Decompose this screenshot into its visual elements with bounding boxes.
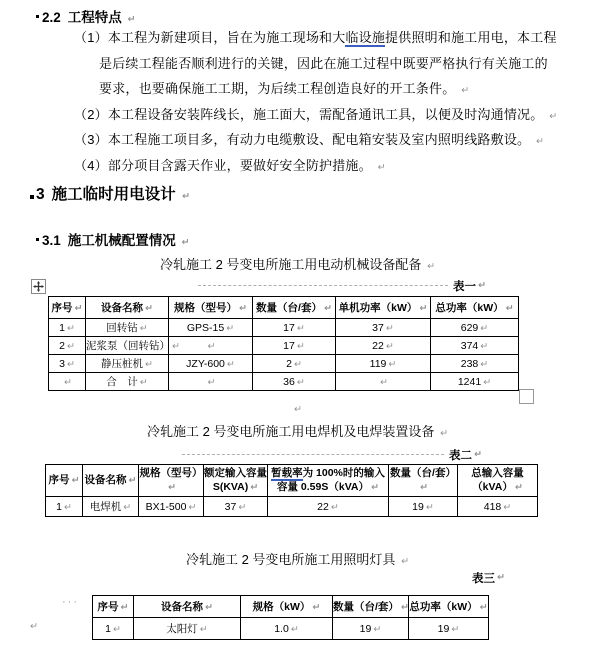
cell: 1↵: [49, 319, 86, 337]
paragraph-mark: ↵: [67, 359, 75, 370]
cell: 238↵: [431, 355, 519, 373]
cell-text: 泥浆泵（回转钻）: [86, 340, 170, 352]
header-cell: 序号↵: [93, 596, 134, 618]
stray-paragraph-mark: ↵: [28, 616, 38, 634]
paragraph-mark: ↵: [128, 14, 136, 25]
table-title-text: 冷轧施工 2 号变电所施工用电动机械设备配备: [160, 257, 421, 272]
paragraph-3: （3）本工程施工项目多，有动力电缆敷设、配电箱安装及室内照明线路敷设。 ↵: [74, 129, 544, 148]
spellcheck-underlined-text: 临设施: [345, 30, 385, 47]
cell: 418↵: [458, 497, 538, 517]
cell: 37↵: [204, 497, 268, 517]
paragraph-mark: ↵: [168, 482, 176, 493]
header-cell: 总功率（kW）↵: [409, 596, 489, 618]
heading-2-2: 2.2工程特点 ↵: [36, 6, 136, 26]
table-header-row: 序号↵ 设备名称↵ 规格（型号）↵ 数量（台/套）↵ 单机功率（kW）↵ 总功率…: [49, 297, 519, 319]
cell-text: 629: [461, 322, 479, 334]
header-cell: 总功率（kW）↵: [431, 297, 519, 319]
paragraph-mark: ↵: [536, 136, 544, 147]
paragraph-mark: ↵: [227, 359, 235, 370]
cell: BX1-500↵: [139, 497, 204, 517]
paragraph-mark: ↵: [426, 502, 434, 513]
cell-text: 17: [283, 340, 295, 352]
paragraph-mark: ↵: [451, 624, 459, 635]
cell: 119↵: [336, 355, 431, 373]
header-text: 数量（台/套）: [390, 467, 456, 479]
cell: 19↵: [333, 618, 409, 640]
header-text: 序号: [52, 302, 73, 314]
paragraph-mark: ↵: [480, 341, 488, 352]
paragraph-text: （4）部分项目含露天作业，要做好安全防护措施。: [74, 158, 372, 173]
paragraph-text: （1）本工程为新建项目，旨在为施工现场和大: [74, 30, 345, 45]
cell-text: 3: [59, 358, 65, 370]
style-marker-icon: [36, 238, 39, 241]
cell-text: 37: [225, 501, 237, 513]
header-cell: 序号↵: [46, 465, 83, 497]
paragraph-mark: ↵: [331, 502, 339, 513]
paragraph-mark: ↵: [145, 359, 153, 370]
header-text: 规格（kW）: [253, 601, 311, 613]
equipment-power-table: 序号↵ 设备名称↵ 规格（型号）↵ 数量（台/套）↵ 单机功率（kW）↵ 总功率…: [48, 296, 519, 391]
header-text: 序号: [49, 474, 70, 486]
paragraph-text: （2）本工程设备安装阵线长，施工面大，需配备通讯工具，以便及时沟通情况。: [74, 107, 543, 122]
paragraph-mark: ↵: [123, 502, 131, 513]
paragraph-mark: ↵: [515, 482, 523, 493]
dashed-leader-line: [182, 454, 444, 455]
heading-number: 3: [36, 186, 45, 203]
cell-text: 17: [283, 322, 295, 334]
cell: 太阳灯↵: [134, 618, 241, 640]
cell-text: 374: [461, 340, 479, 352]
anchor-box-icon: [519, 389, 534, 404]
header-cell: 数量（台/套）↵: [389, 465, 458, 497]
paragraph-mark: ↵: [401, 556, 409, 567]
cell-text: GPS-15: [187, 322, 224, 334]
paragraph-mark: ↵: [205, 602, 213, 613]
cell: GPS-15↵: [169, 319, 253, 337]
table-row: 3↵ 静压桩机↵ JZY-600↵ 2↵ 119↵ 238↵: [49, 355, 519, 373]
space-marks: ···: [62, 596, 79, 608]
paragraph-mark: ↵: [172, 341, 180, 352]
welding-equipment-table: 序号↵ 设备名称↵ 规格（型号）↵ 额定输入容量 S(KVA)↵ 暂载率为 10…: [45, 464, 538, 517]
paragraph-mark: ↵: [480, 602, 488, 613]
cell: 19↵: [389, 497, 458, 517]
cell-text: 太阳灯: [166, 623, 198, 635]
table-tag: 表二: [449, 447, 472, 463]
four-way-arrow-icon: [33, 281, 44, 292]
cell-text: 19: [412, 501, 424, 513]
document-page: { "marks": { "pilcrow": "↵", "dots": "··…: [0, 0, 589, 651]
cell-text: 418: [484, 501, 502, 513]
paragraph-mark: ↵: [312, 602, 320, 613]
table1-tag-line: 表一 ↵: [198, 279, 486, 292]
heading-number: 2.2: [42, 10, 61, 25]
cell-text: 1: [59, 322, 65, 334]
paragraph-mark: ↵: [208, 377, 216, 388]
header-text: 序号: [98, 601, 119, 613]
cell: 2↵: [49, 337, 86, 355]
cell: 1↵: [93, 618, 134, 640]
cell: 1↵: [46, 497, 83, 517]
paragraph-mark: ↵: [388, 359, 396, 370]
cell-text: 1.0: [274, 623, 289, 635]
cell: 36↵: [253, 373, 336, 391]
table-tag: 表三: [472, 570, 495, 586]
table3-title: 冷轧施工 2 号变电所施工用照明灯具 ↵: [30, 549, 565, 568]
header-text: 规格（型号）: [174, 302, 237, 314]
paragraph-4: （4）部分项目含露天作业，要做好安全防护措施。 ↵: [74, 155, 386, 174]
table-row: 1↵ 回转钻↵ GPS-15↵ 17↵ 37↵ 629↵: [49, 319, 519, 337]
header-text: 规格（型号）: [140, 467, 203, 479]
cell: 19↵: [409, 618, 489, 640]
header-cell: 规格（型号）↵: [169, 297, 253, 319]
paragraph-text: 要求，也要确保施工工期，为后续工程创造良好的开工条件。: [99, 81, 455, 96]
table-title-text: 冷轧施工 2 号变电所施工用电焊机及电焊装置设备: [147, 424, 434, 439]
paragraph-mark: ↵: [250, 482, 258, 493]
header-text: 总功率（kW）: [409, 601, 477, 613]
header-text: 总功率（kW）: [435, 302, 503, 314]
cell-text: 2: [59, 340, 65, 352]
cell: ↵: [169, 337, 253, 355]
paragraph-mark: ↵: [480, 323, 488, 334]
cell: ↵: [49, 373, 86, 391]
paragraph-mark: ↵: [72, 475, 80, 486]
cell: 17↵: [253, 337, 336, 355]
cell-text: JZY-600: [186, 358, 225, 370]
heading-3-1: 3.1施工机械配置情况 ↵: [36, 229, 190, 249]
paragraph-mark: ↵: [420, 482, 428, 493]
paragraph-mark: ↵: [478, 280, 486, 291]
cell-text: 119: [370, 358, 387, 370]
cell: 1.0↵: [241, 618, 333, 640]
paragraph-text: 提供照明和施工用电，本工程: [385, 30, 557, 45]
header-text: 数量（台/套）: [256, 302, 322, 314]
table3-tag-line: 表三 ↵: [472, 571, 505, 584]
paragraph-mark: ↵: [401, 602, 409, 613]
dashed-leader-line: [198, 285, 448, 286]
paragraph-text: 是后续工程能否顺利进行的关键，因此在施工过程中既要严格执行有关施工的: [99, 56, 548, 71]
paragraph-mark: ↵: [67, 323, 75, 334]
paragraph-mark: ↵: [294, 359, 302, 370]
paragraph-mark: ↵: [474, 449, 482, 460]
cell: 22↵: [268, 497, 389, 517]
table-row: 2↵ 泥浆泵（回转钻）↵ ↵ 17↵ 22↵ 374↵: [49, 337, 519, 355]
cell-text: 19: [360, 623, 372, 635]
cell: 17↵: [253, 319, 336, 337]
style-marker-icon: [30, 195, 34, 199]
paragraph-mark: ↵: [378, 162, 386, 173]
cell-text: 22: [317, 501, 329, 513]
paragraph-mark: ↵: [129, 475, 137, 486]
paragraph-mark: ↵: [506, 303, 514, 314]
cell: 泥浆泵（回转钻）↵: [86, 337, 169, 355]
paragraph-mark: ↵: [294, 404, 302, 415]
header-cell: 暂载率为 100%时的输入容量 0.59S（kVA）↵: [268, 465, 389, 497]
cell-text: 22: [372, 340, 384, 352]
header-cell: 单机功率（kW）↵: [336, 297, 431, 319]
paragraph-mark: ↵: [373, 624, 381, 635]
paragraph-mark: ↵: [188, 502, 196, 513]
header-cell: 规格（kW）↵: [241, 596, 333, 618]
paragraph-mark: ↵: [324, 303, 332, 314]
heading-title: 工程特点: [68, 10, 122, 25]
cell-text: 1: [56, 501, 62, 513]
cell: 合 计↵: [86, 373, 169, 391]
empty-paragraph: ↵: [292, 399, 302, 417]
cell-text: 2: [286, 358, 292, 370]
paragraph-mark: ↵: [113, 624, 121, 635]
paragraph-mark: ↵: [503, 502, 511, 513]
paragraph-mark: ↵: [64, 377, 72, 388]
cell: 374↵: [431, 337, 519, 355]
cell-text: 36: [283, 376, 295, 388]
cell: JZY-600↵: [169, 355, 253, 373]
heading-3: 3施工临时用电设计 ↵: [30, 182, 190, 204]
paragraph-mark: ↵: [549, 111, 557, 122]
paragraph-text: （3）本工程施工项目多，有动力电缆敷设、配电箱安装及室内照明线路敷设。: [74, 132, 530, 147]
paragraph-mark: ↵: [67, 341, 75, 352]
paragraph-1-line-3: 要求，也要确保施工工期，为后续工程创造良好的开工条件。 ↵: [99, 78, 469, 97]
lighting-table: 序号↵ 设备名称↵ 规格（kW）↵ 数量（台/套）↵ 总功率（kW）↵ 1↵ 太…: [92, 595, 489, 640]
paragraph-mark: ↵: [480, 359, 488, 370]
spellcheck-underlined-text: 暂载率: [271, 467, 303, 481]
paragraph-mark: ↵: [386, 323, 394, 334]
table-move-handle-icon[interactable]: [31, 279, 46, 294]
table-row: 1↵ 太阳灯↵ 1.0↵ 19↵ 19↵: [93, 618, 489, 640]
paragraph-1-line-2: 是后续工程能否顺利进行的关键，因此在施工过程中既要严格执行有关施工的: [99, 53, 548, 72]
cell-text: 电焊机: [90, 501, 122, 513]
cell-text: 回转钻: [106, 322, 138, 334]
cell-text: BX1-500: [146, 501, 187, 513]
cell: 3↵: [49, 355, 86, 373]
cell-text: 静压桩机: [101, 358, 143, 370]
header-cell: 数量（台/套）↵: [253, 297, 336, 319]
header-text: 设备名称: [161, 601, 203, 613]
header-text: 单机功率（kW）: [339, 302, 418, 314]
header-cell: 额定输入容量 S(KVA)↵: [204, 465, 268, 497]
paragraph-mark: ↵: [75, 303, 83, 314]
paragraph-2: （2）本工程设备安装阵线长，施工面大，需配备通讯工具，以便及时沟通情况。 ↵: [74, 104, 557, 123]
cell-text: 19: [438, 623, 450, 635]
paragraph-mark: ↵: [380, 377, 388, 388]
cell-text: 1241: [458, 376, 481, 388]
header-cell: 设备名称↵: [86, 297, 169, 319]
cell-text: 238: [461, 358, 479, 370]
header-cell: 设备名称↵: [134, 596, 241, 618]
cell: 629↵: [431, 319, 519, 337]
table-title-text: 冷轧施工 2 号变电所施工用照明灯具: [186, 552, 395, 567]
cell-text: 37: [372, 322, 384, 334]
paragraph-mark: ↵: [297, 341, 305, 352]
paragraph-mark: ↵: [200, 624, 208, 635]
heading-number: 3.1: [42, 233, 61, 248]
cell: 22↵: [336, 337, 431, 355]
cell: 电焊机↵: [83, 497, 139, 517]
paragraph-mark: ↵: [297, 323, 305, 334]
cell: ↵: [169, 373, 253, 391]
header-text: 设备名称: [101, 302, 143, 314]
paragraph-mark: ↵: [238, 502, 246, 513]
paragraph-mark: ↵: [371, 482, 379, 493]
cell-text: 1: [105, 623, 111, 635]
cell: ↵: [336, 373, 431, 391]
header-cell: 序号↵: [49, 297, 86, 319]
paragraph-mark: ↵: [461, 85, 469, 96]
header-text: 设备名称: [85, 474, 127, 486]
paragraph-mark: ↵: [386, 341, 394, 352]
heading-title: 施工临时用电设计: [52, 186, 176, 203]
heading-title: 施工机械配置情况: [68, 233, 176, 248]
paragraph-mark: ↵: [121, 602, 129, 613]
table-total-row: ↵ 合 计↵ ↵ 36↵ ↵ 1241↵: [49, 373, 519, 391]
cell-text: 合 计: [106, 376, 138, 388]
table-header-row: 序号↵ 设备名称↵ 规格（型号）↵ 额定输入容量 S(KVA)↵ 暂载率为 10…: [46, 465, 538, 497]
paragraph-mark: ↵: [239, 303, 247, 314]
cell: 2↵: [253, 355, 336, 373]
style-marker-icon: [36, 15, 39, 18]
paragraph-mark: ↵: [291, 624, 299, 635]
paragraph-mark: ↵: [297, 377, 305, 388]
paragraph-mark: ↵: [419, 303, 427, 314]
paragraph-mark: ↵: [182, 191, 190, 202]
paragraph-mark: ↵: [483, 377, 491, 388]
paragraph-mark: ↵: [208, 341, 216, 352]
header-cell: 设备名称↵: [83, 465, 139, 497]
paragraph-mark: ↵: [140, 323, 148, 334]
table-row: 1↵ 电焊机↵ BX1-500↵ 37↵ 22↵ 19↵ 418↵: [46, 497, 538, 517]
cell: 1241↵: [431, 373, 519, 391]
table2-title: 冷轧施工 2 号变电所施工用电焊机及电焊装置设备 ↵: [30, 421, 565, 440]
paragraph-mark: ↵: [427, 261, 435, 272]
paragraph-mark: ↵: [497, 572, 505, 583]
header-cell: 规格（型号）↵: [139, 465, 204, 497]
table-tag: 表一: [453, 278, 476, 294]
table-header-row: 序号↵ 设备名称↵ 规格（kW）↵ 数量（台/套）↵ 总功率（kW）↵: [93, 596, 489, 618]
paragraph-mark: ↵: [140, 377, 148, 388]
paragraph-1-line-1: （1）本工程为新建项目，旨在为施工现场和大临设施提供照明和施工用电，本工程: [74, 27, 557, 46]
table1-title: 冷轧施工 2 号变电所施工用电动机械设备配备 ↵: [30, 254, 565, 273]
header-text: 数量（台/套）: [333, 601, 399, 613]
paragraph-mark: ↵: [30, 621, 38, 632]
header-cell: 数量（台/套）↵: [333, 596, 409, 618]
cell: 回转钻↵: [86, 319, 169, 337]
paragraph-mark: ↵: [145, 303, 153, 314]
cell: 静压桩机↵: [86, 355, 169, 373]
header-cell: 总输入容量（kVA）↵: [458, 465, 538, 497]
paragraph-mark: ↵: [226, 323, 234, 334]
paragraph-mark: ↵: [440, 428, 448, 439]
cell: 37↵: [336, 319, 431, 337]
table2-tag-line: 表二 ↵: [182, 448, 482, 461]
paragraph-mark: ↵: [182, 237, 190, 248]
paragraph-mark: ↵: [64, 502, 72, 513]
